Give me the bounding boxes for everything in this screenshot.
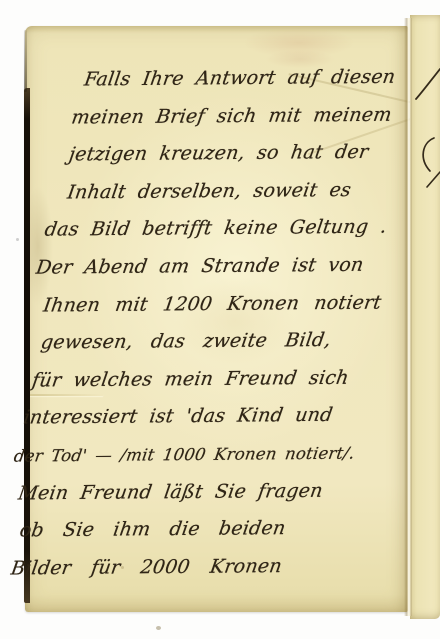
dust-speck <box>156 626 161 630</box>
letter-line: für welches mein Freund sich <box>29 359 363 399</box>
center-fold-crease <box>404 18 412 616</box>
letter-line: Der Abend am Strande ist von <box>33 247 380 288</box>
letter-line: interessiert ist 'das Kind und <box>21 397 358 437</box>
letter-line: meinen Brief sich mit meinem <box>69 96 403 136</box>
letter-line: Mein Freund läßt Sie fragen <box>16 472 347 512</box>
letter-line: der Tod' — /mit 1000 Kronen notiert/. <box>11 435 352 476</box>
letter-line: gewesen, das zweite Bild, <box>38 322 369 362</box>
letter-line: ob Sie ihm die beiden <box>17 510 341 550</box>
letter-line: Ihnen mit 1200 Kronen notiert <box>41 284 375 324</box>
adjacent-page-ink-strokes <box>410 15 440 235</box>
ink-bleedthrough-stain <box>243 28 355 58</box>
letter-line: jetzigen kreuzen, so hat der <box>66 134 397 174</box>
letter-line: Inhalt derselben, soweit es <box>65 171 392 211</box>
letter-line: Falls Ihre Antwort auf diesen <box>81 59 408 99</box>
letter-line: das Bild betrifft keine Geltung . <box>42 209 386 250</box>
letter-scan: Falls Ihre Antwort auf diesen meinen Bri… <box>0 0 440 639</box>
letter-line: Bilder für 2000 Kronen <box>8 547 335 587</box>
adjacent-page-sliver <box>410 15 440 619</box>
